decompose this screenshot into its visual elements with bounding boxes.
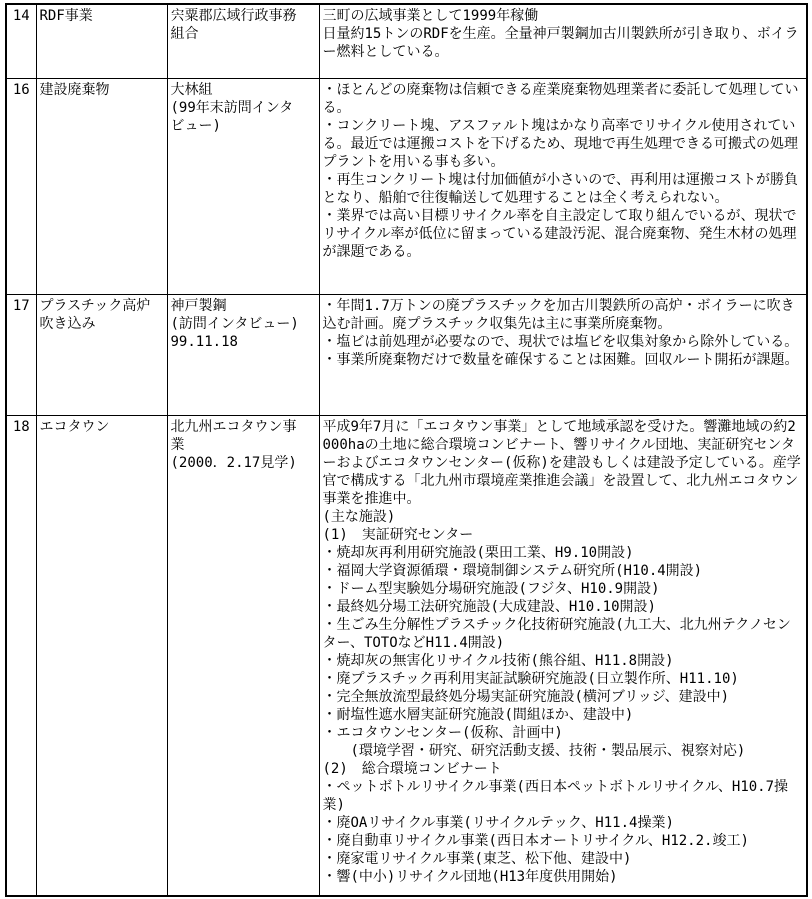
- table-row-18: 18 エコタウン 北九州エコタウン事 業 (2000．2.17見学) 平成9年7…: [6, 415, 807, 896]
- organization-cell: 大林組 (99年末訪問インタ ビュー): [167, 78, 319, 294]
- row-number-cell: 16: [6, 78, 36, 294]
- organization-cell: 神戸製鋼 (訪問インタビュー) 99.11.18: [167, 294, 319, 415]
- description-cell: ・年間1.7万トンの廃プラスチックを加古川製鉄所の高炉・ボイラーに吹き込む計画。…: [319, 294, 807, 415]
- table-row-17: 17 プラスチック高炉 吹き込み 神戸製鋼 (訪問インタビュー) 99.11.1…: [6, 294, 807, 415]
- topic-cell: エコタウン: [36, 415, 167, 896]
- document-page: 14 RDF事業 宍粟郡広域行政事務 組合 三町の広域事業として1999年稼働 …: [0, 0, 812, 899]
- organization-cell: 宍粟郡広域行政事務 組合: [167, 4, 319, 78]
- row-number-cell: 14: [6, 4, 36, 78]
- topic-cell: 建設廃棄物: [36, 78, 167, 294]
- row-number-cell: 18: [6, 415, 36, 896]
- row-number-cell: 17: [6, 294, 36, 415]
- description-cell: 平成9年7月に「エコタウン事業」として地域承認を受けた。響灘地域の約2000ha…: [319, 415, 807, 896]
- table-row-14: 14 RDF事業 宍粟郡広域行政事務 組合 三町の広域事業として1999年稼働 …: [6, 4, 807, 78]
- topic-cell: プラスチック高炉 吹き込み: [36, 294, 167, 415]
- table-row-16: 16 建設廃棄物 大林組 (99年末訪問インタ ビュー) ・ほとんどの廃棄物は信…: [6, 78, 807, 294]
- description-cell: ・ほとんどの廃棄物は信頼できる産業廃棄物処理業者に委託して処理している。 ・コン…: [319, 78, 807, 294]
- description-cell: 三町の広域事業として1999年稼働 日量約15トンのRDFを生産。全量神戸製鋼加…: [319, 4, 807, 78]
- topic-cell: RDF事業: [36, 4, 167, 78]
- waste-projects-table: 14 RDF事業 宍粟郡広域行政事務 組合 三町の広域事業として1999年稼働 …: [5, 3, 808, 897]
- organization-cell: 北九州エコタウン事 業 (2000．2.17見学): [167, 415, 319, 896]
